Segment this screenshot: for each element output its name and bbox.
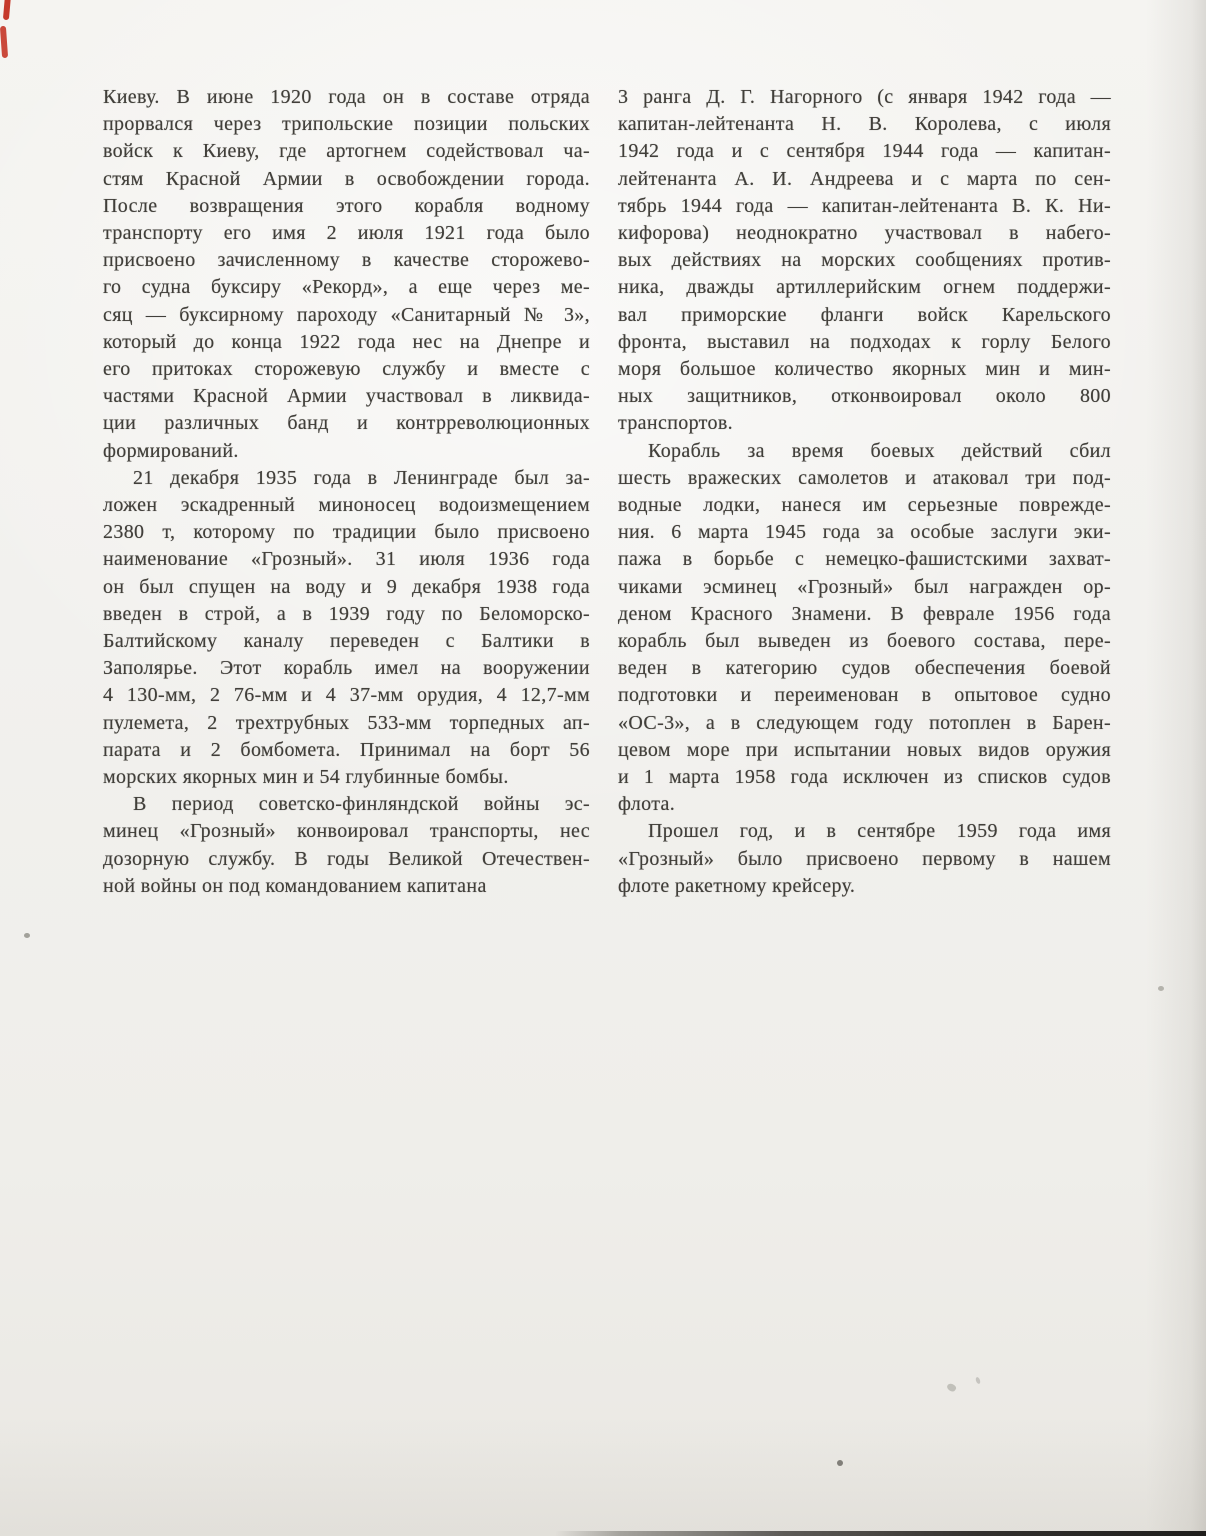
text-line: подготовки и переименован в опытовое суд… (618, 682, 1111, 709)
text-line: капитан-лейтенанта Н. В. Королева, с июл… (618, 111, 1111, 138)
text-line: он был спущен на воду и 9 декабря 1938 г… (103, 574, 590, 601)
dust-speck (1158, 986, 1164, 991)
text-line: стям Красной Армии в освобождении города… (103, 166, 590, 193)
text-line: парата и 2 бомбомета. Принимал на борт 5… (103, 737, 590, 764)
text-line: В период советско-финляндской войны эс- (103, 791, 590, 818)
text-line: 1942 года и с сентября 1944 года — капит… (618, 138, 1111, 165)
text-line: водные лодки, нанеся им серьезные повреж… (618, 492, 1111, 519)
dust-speck (946, 1382, 957, 1393)
text-line: присвоено зачисленному в качестве сторож… (103, 247, 590, 274)
text-line: деном Красного Знамени. В феврале 1956 г… (618, 601, 1111, 628)
text-line: корабль был выведен из боевого состава, … (618, 628, 1111, 655)
text-line: Прошел год, и в сентябре 1959 года имя (618, 818, 1111, 845)
right-edge-shading (1146, 0, 1206, 1536)
text-line: формирований. (103, 438, 590, 465)
text-column-left: Киеву. В июне 1920 года он в составе отр… (103, 84, 590, 900)
text-line: Заполярье. Этот корабль имел на вооружен… (103, 655, 590, 682)
bottom-shading (0, 1416, 1206, 1536)
bottom-scan-line (555, 1531, 1206, 1536)
text-line: «Грозный» было присвоено первому в нашем (618, 846, 1111, 873)
text-line: 4 130-мм, 2 76-мм и 4 37-мм орудия, 4 12… (103, 682, 590, 709)
text-line: и 1 марта 1958 года исключен из списков … (618, 764, 1111, 791)
scanned-page: Киеву. В июне 1920 года он в составе отр… (0, 0, 1206, 1536)
text-line: кифорова) неоднократно участвовал в набе… (618, 220, 1111, 247)
text-line: лейтенанта А. И. Андреева и с марта по с… (618, 166, 1111, 193)
text-line: 3 ранга Д. Г. Нагорного (с января 1942 г… (618, 84, 1111, 111)
text-line: Балтийскому каналу переведен с Балтики в (103, 628, 590, 655)
text-line: го судна буксиру «Рекорд», а еще через м… (103, 274, 590, 301)
text-line: сяц — буксирному пароходу «Санитарный № … (103, 302, 590, 329)
text-line: минец «Грозный» конвоировал транспорты, … (103, 818, 590, 845)
text-line: транспорту его имя 2 июля 1921 года было (103, 220, 590, 247)
text-column-right: 3 ранга Д. Г. Нагорного (с января 1942 г… (618, 84, 1111, 900)
text-line: который до конца 1922 года нес на Днепре… (103, 329, 590, 356)
text-line: флота. (618, 791, 1111, 818)
text-line: чиками эсминец «Грозный» был награжден о… (618, 574, 1111, 601)
text-line: цевом море при испытании новых видов ору… (618, 737, 1111, 764)
text-line: фронта, выставил на подходах к горлу Бел… (618, 329, 1111, 356)
dust-speck (837, 1460, 843, 1466)
text-line: морских якорных мин и 54 глубинные бомбы… (103, 764, 590, 791)
text-line: ния. 6 марта 1945 года за особые заслуги… (618, 519, 1111, 546)
text-line: Корабль за время боевых действий сбил (618, 438, 1111, 465)
text-line: войск к Киеву, где артогнем содействовал… (103, 138, 590, 165)
text-line: наименование «Грозный». 31 июля 1936 год… (103, 546, 590, 573)
text-line: ложен эскадренный миноносец водоизмещени… (103, 492, 590, 519)
text-line: 21 декабря 1935 года в Ленинграде был за… (103, 465, 590, 492)
dust-speck (24, 933, 30, 938)
dust-speck (975, 1377, 981, 1385)
text-line: шесть вражеских самолетов и атаковал три… (618, 465, 1111, 492)
text-line: частями Красной Армии участвовал в ликви… (103, 383, 590, 410)
text-line: вых действиях на морских сообщениях прот… (618, 247, 1111, 274)
text-line: пажа в борьбе с немецко-фашистскими захв… (618, 546, 1111, 573)
text-line: введен в строй, а в 1939 году по Беломор… (103, 601, 590, 628)
text-line: моря большое количество якорных мин и ми… (618, 356, 1111, 383)
text-line: ной войны он под командованием капитана (103, 873, 590, 900)
text-line: После возвращения этого корабля водному (103, 193, 590, 220)
red-pen-mark (0, 26, 8, 58)
text-line: ных защитников, отконвоировал около 800 (618, 383, 1111, 410)
text-line: «ОС-3», а в следующем году потоплен в Ба… (618, 710, 1111, 737)
text-line: флоте ракетному крейсеру. (618, 873, 1111, 900)
text-line: его притоках сторожевую службу и вместе … (103, 356, 590, 383)
text-line: 2380 т, которому по традиции было присво… (103, 519, 590, 546)
text-line: прорвался через трипольские позиции поль… (103, 111, 590, 138)
text-line: пулемета, 2 трехтрубных 533-мм торпедных… (103, 710, 590, 737)
text-line: тябрь 1944 года — капитан-лейтенанта В. … (618, 193, 1111, 220)
text-line: вал приморские фланги войск Карельского (618, 302, 1111, 329)
text-line: дозорную службу. В годы Великой Отечеств… (103, 846, 590, 873)
text-line: веден в категорию судов обеспечения боев… (618, 655, 1111, 682)
text-line: транспортов. (618, 410, 1111, 437)
text-line: Киеву. В июне 1920 года он в составе отр… (103, 84, 590, 111)
red-pen-mark (3, 0, 11, 20)
text-line: ции различных банд и контрреволюционных (103, 410, 590, 437)
text-line: ника, дважды артиллерийским огнем поддер… (618, 274, 1111, 301)
